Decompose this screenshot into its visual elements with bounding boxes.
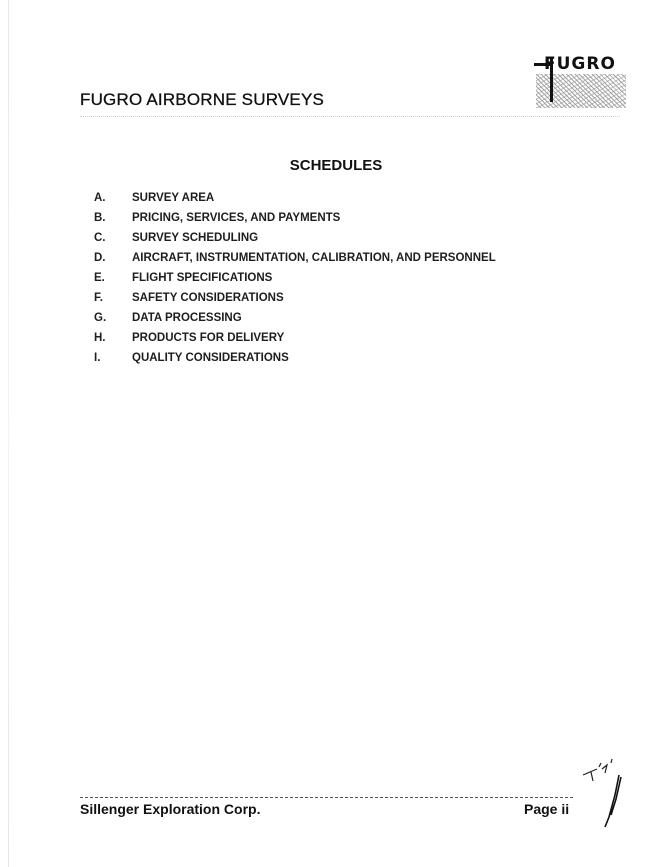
scan-edge [8,0,9,867]
list-item: B.PRICING, SERVICES, AND PAYMENTS [94,208,496,228]
schedule-letter: I. [94,352,132,364]
list-item: H.PRODUCTS FOR DELIVERY [94,328,496,348]
schedule-label: AIRCRAFT, INSTRUMENTATION, CALIBRATION, … [132,252,496,264]
schedule-label: SURVEY AREA [132,192,214,204]
schedule-list: A.SURVEY AREA B.PRICING, SERVICES, AND P… [94,188,496,368]
schedule-label: SAFETY CONSIDERATIONS [132,292,284,304]
schedule-label: SURVEY SCHEDULING [132,232,258,244]
schedule-letter: D. [94,252,132,264]
header-divider [80,116,620,118]
schedule-letter: C. [94,232,132,244]
schedule-letter: B. [94,212,132,224]
list-item: I.QUALITY CONSIDERATIONS [94,348,496,368]
schedule-letter: E. [94,272,132,284]
schedule-label: QUALITY CONSIDERATIONS [132,352,289,364]
fugro-logo: FUGRO [534,50,628,110]
logo-wordmark: FUGRO [544,54,616,74]
page-title: SCHEDULES [0,157,668,174]
schedule-letter: A. [94,192,132,204]
handwritten-initials-icon [575,755,635,830]
footer-company-name: Sillenger Exploration Corp. [80,801,260,817]
schedule-letter: G. [94,312,132,324]
schedule-label: PRODUCTS FOR DELIVERY [132,332,284,344]
schedule-letter: F. [94,292,132,304]
page-number: Page ii [524,801,569,817]
schedule-label: FLIGHT SPECIFICATIONS [132,272,272,284]
list-item: G.DATA PROCESSING [94,308,496,328]
schedule-label: PRICING, SERVICES, AND PAYMENTS [132,212,340,224]
list-item: C.SURVEY SCHEDULING [94,228,496,248]
list-item: F.SAFETY CONSIDERATIONS [94,288,496,308]
list-item: D.AIRCRAFT, INSTRUMENTATION, CALIBRATION… [94,248,496,268]
footer-divider [80,797,573,798]
list-item: E.FLIGHT SPECIFICATIONS [94,268,496,288]
schedule-letter: H. [94,332,132,344]
company-header-title: FUGRO AIRBORNE SURVEYS [80,90,324,110]
schedule-label: DATA PROCESSING [132,312,242,324]
list-item: A.SURVEY AREA [94,188,496,208]
